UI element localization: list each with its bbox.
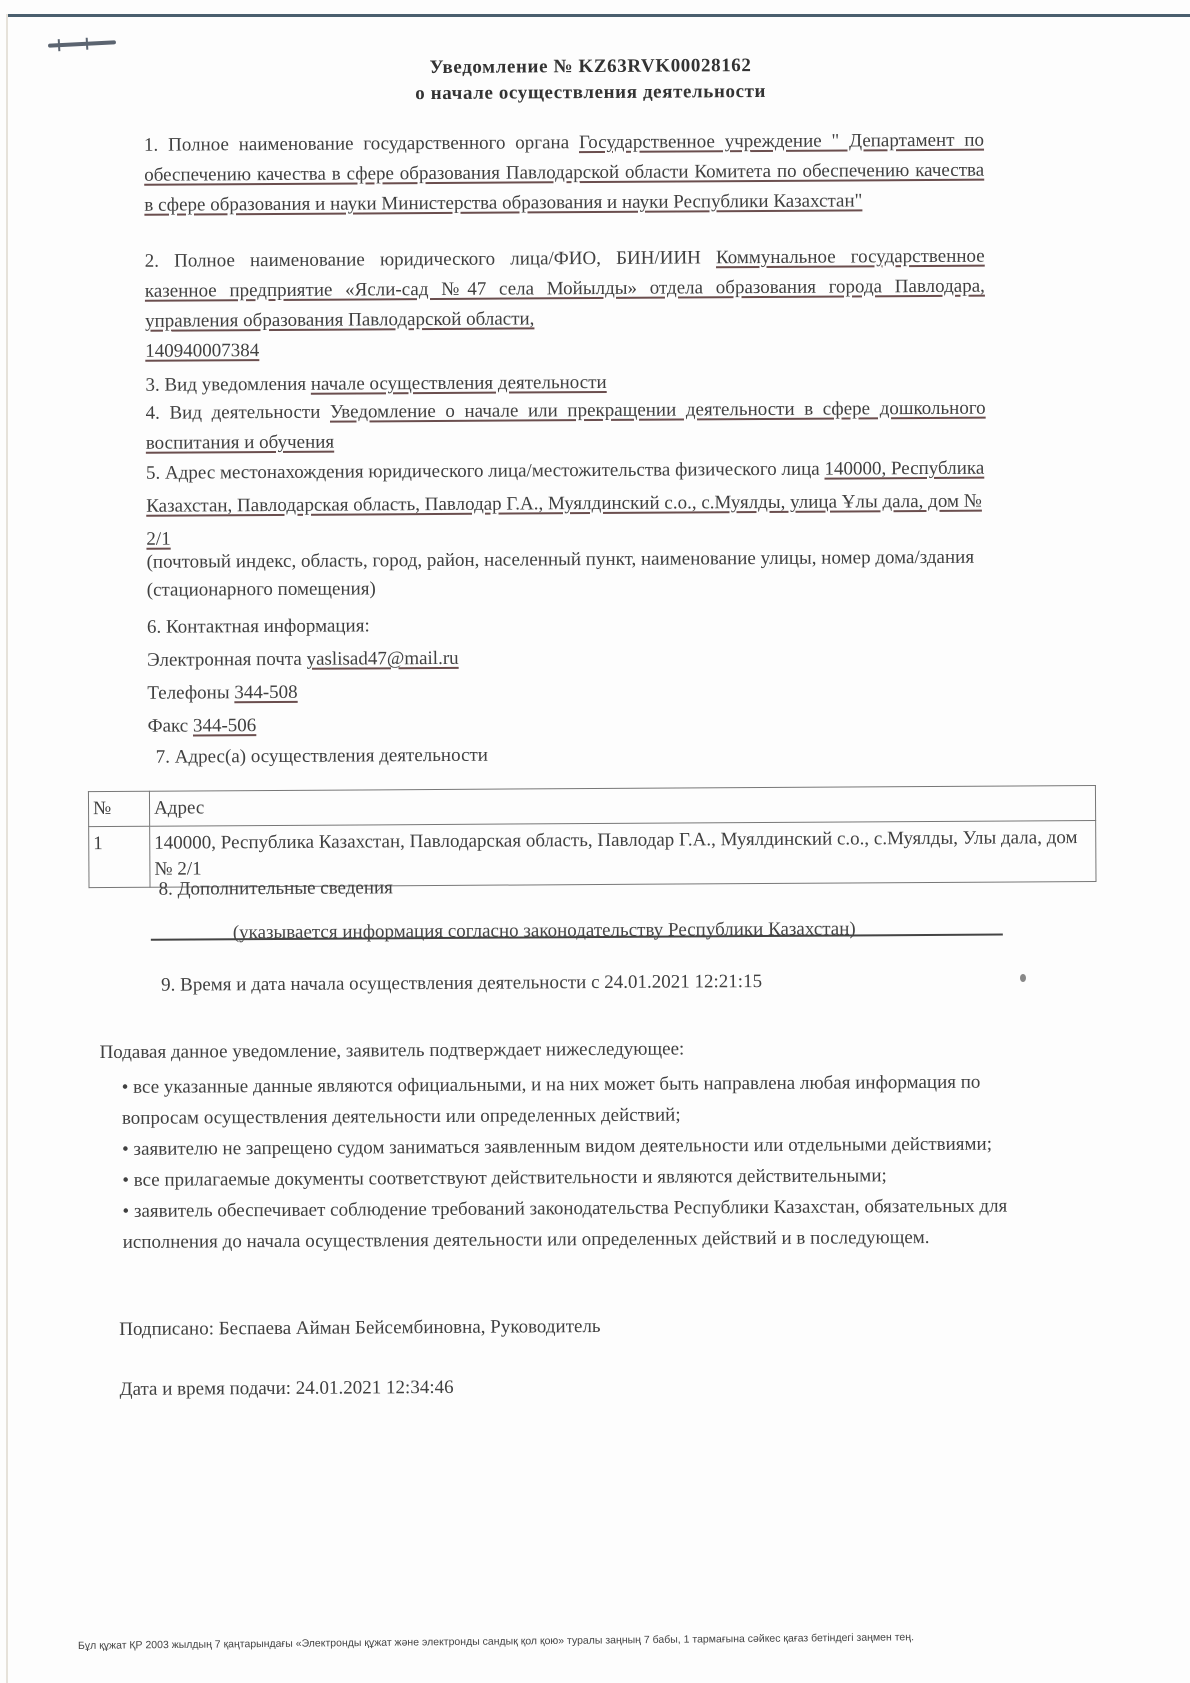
section-6-label: 6. Контактная информация: [147, 606, 987, 644]
table-header-num: № [88, 791, 149, 826]
section-9-value: 24.01.2021 12:21:15 [604, 971, 762, 993]
legal-footer: Бұл құжат ҚР 2003 жылдың 7 қаңтарындағы … [78, 1631, 914, 1652]
section-9: 9. Время и дата начала осуществления дея… [161, 966, 1001, 1001]
declaration-intro: Подавая данное уведомление, заявитель по… [99, 1031, 1059, 1068]
scan-speck-icon [1020, 974, 1026, 982]
section-1-label: 1. Полное наименование государственного … [144, 132, 569, 156]
section-2-label: 2. Полное наименование юридического лица… [145, 247, 701, 271]
section-3-value: начале осуществления деятельности [311, 372, 607, 395]
section-5-hint: (почтовый индекс, область, город, район,… [146, 544, 986, 605]
declaration: Подавая данное уведомление, заявитель по… [99, 1031, 1060, 1258]
section-4: 4. Вид деятельности Уведомление о начале… [146, 394, 986, 459]
email-label: Электронная почта [147, 649, 302, 671]
section-2: 2. Полное наименование юридического лица… [145, 242, 986, 367]
contact-email-row: Электронная почта yaslisad47@mail.ru [147, 639, 987, 677]
staple-mark-icon [48, 40, 116, 48]
submission-datetime: Дата и время подачи: 24.01.2021 12:34:46 [120, 1370, 960, 1405]
declaration-item: • все указанные данные являются официаль… [100, 1066, 1060, 1134]
document-page: Уведомление № KZ63RVK00028162 о начале о… [0, 0, 1185, 4]
contact-fax-row: Факс 344-506 [147, 705, 987, 743]
section-7-label: 7. Адрес(а) осуществления деятельности [156, 738, 996, 773]
email-value: yaslisad47@mail.ru [307, 648, 459, 670]
fax-label: Факс [147, 716, 188, 737]
scan-edge-left [6, 14, 8, 1683]
document-title: Уведомление № KZ63RVK00028162 [0, 52, 1186, 81]
declaration-item: • заявитель обеспечивает соблюдение треб… [100, 1190, 1060, 1258]
phone-label: Телефоны [147, 682, 229, 704]
fax-value: 344-506 [193, 715, 256, 736]
phone-value: 344-508 [234, 682, 297, 703]
section-9-label: 9. Время и дата начала осуществления дея… [161, 972, 599, 996]
signed-by: Подписано: Беспаева Айман Бейсембиновна,… [119, 1310, 959, 1345]
contact-phone-row: Телефоны 344-508 [147, 672, 987, 710]
section-8-hint: (указывается информация согласно законод… [233, 918, 856, 944]
section-6: 6. Контактная информация: Электронная по… [147, 606, 988, 743]
section-3-label: 3. Вид уведомления [145, 374, 306, 396]
scan-edge-top [8, 14, 1190, 17]
section-4-label: 4. Вид деятельности [146, 402, 321, 424]
submitted-label: Дата и время подачи: [120, 1378, 292, 1400]
section-5: 5. Адрес местонахождения юридического ли… [146, 452, 987, 556]
table-cell-num: 1 [89, 826, 150, 887]
submitted-value: 24.01.2021 12:34:46 [296, 1377, 454, 1399]
section-1: 1. Полное наименование государственного … [144, 126, 985, 221]
document-subtitle: о начале осуществления деятельности [0, 78, 1186, 107]
declaration-item: • заявителю не запрещено судом заниматьс… [100, 1128, 1060, 1165]
table-header-address: Адрес [149, 785, 1095, 826]
section-2-bin: 140940007384 [145, 340, 259, 362]
section-5-label: 5. Адрес местонахождения юридического ли… [146, 459, 820, 484]
section-8-label: 8. Дополнительные сведения [158, 870, 998, 905]
